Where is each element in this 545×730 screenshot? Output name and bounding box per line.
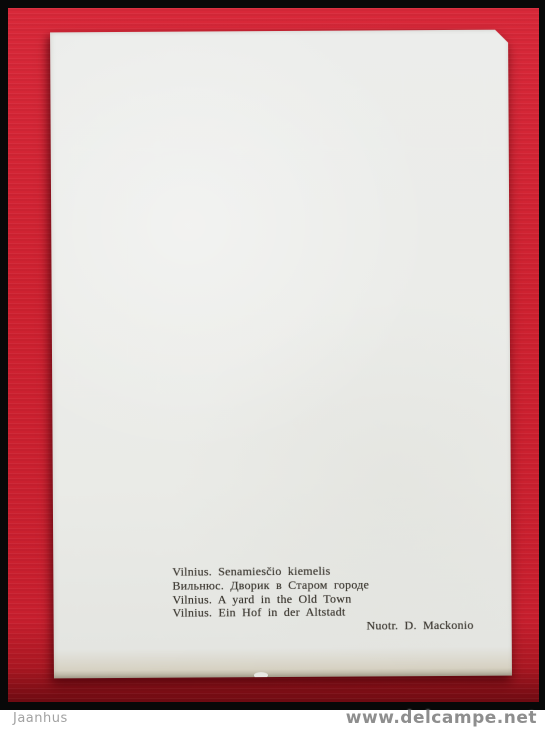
postcard-photo: Vilnius. Senamiesčio kiemelis Вильнюс. Д… — [0, 0, 545, 710]
caption-block: Vilnius. Senamiesčio kiemelis Вильнюс. Д… — [172, 564, 473, 635]
photo-credit: Nuotr. D. Mackonio — [173, 619, 474, 635]
postcard-wrapper: Vilnius. Senamiesčio kiemelis Вильнюс. Д… — [50, 30, 512, 679]
postcard-back: Vilnius. Senamiesčio kiemelis Вильнюс. Д… — [50, 30, 512, 679]
watermark-seller: Jaanhus — [13, 712, 68, 726]
watermark-site: www.delcampe.net — [346, 708, 537, 728]
